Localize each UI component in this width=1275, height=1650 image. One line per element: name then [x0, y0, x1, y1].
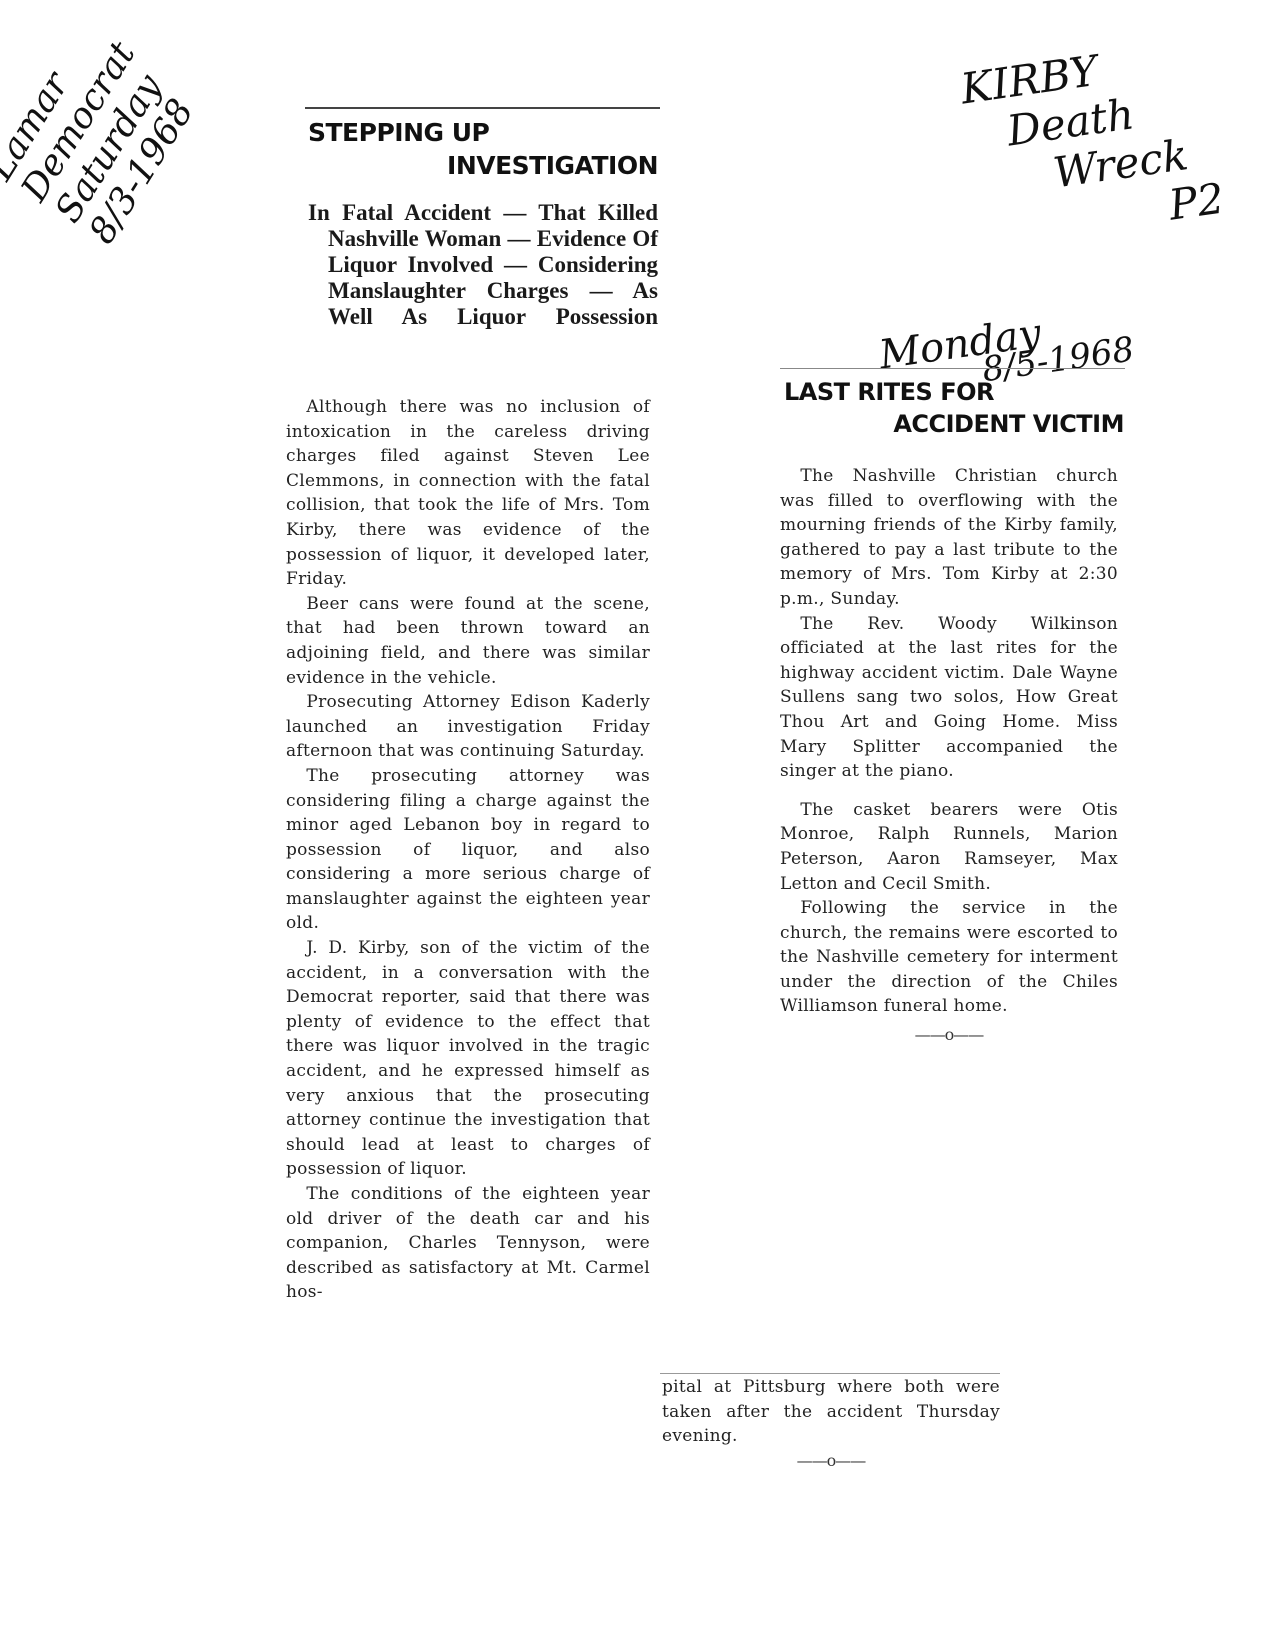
- article-2-body: The Nashville Christian church was fille…: [780, 464, 1118, 1044]
- column-rule: [780, 368, 1125, 369]
- paragraph: The prosecuting attorney was considering…: [286, 764, 650, 936]
- article-1-body: Although there was no inclusion of intox…: [286, 395, 650, 1305]
- paragraph: The conditions of the eighteen year old …: [286, 1182, 650, 1305]
- article-last-rites: LAST RITES FOR ACCIDENT VICTIM: [784, 378, 1124, 438]
- paragraph: Prosecuting Attorney Edison Kaderly laun…: [286, 690, 650, 764]
- ornament-divider: ——o——: [662, 1451, 1000, 1470]
- paragraph: The Nashville Christian church was fille…: [780, 464, 1118, 612]
- article-stepping-up: STEPPING UP INVESTIGATION In Fatal Accid…: [308, 118, 658, 330]
- paragraph: The casket bearers were Otis Monroe, Ral…: [780, 798, 1118, 896]
- headline-line-1: STEPPING UP: [308, 118, 658, 147]
- subheadline: In Fatal Accident — That Killed Nashvill…: [308, 200, 658, 330]
- paragraph: Beer cans were found at the scene, that …: [286, 592, 650, 690]
- column-rule: [660, 1373, 1000, 1374]
- paragraph: pital at Pittsburg where both were taken…: [662, 1375, 1000, 1449]
- paragraph: Following the service in the church, the…: [780, 896, 1118, 1019]
- column-rule: [305, 107, 660, 109]
- handwritten-source-note: Lamar Democrat Saturday 8/3-1968: [0, 15, 213, 252]
- handwritten-topic-note: KIRBY Death Wreck P2: [958, 32, 1227, 256]
- paragraph: J. D. Kirby, son of the victim of the ac…: [286, 936, 650, 1182]
- headline-line-2: INVESTIGATION: [308, 151, 658, 180]
- headline-line-2: ACCIDENT VICTIM: [784, 410, 1124, 438]
- article-1-continuation: pital at Pittsburg where both were taken…: [662, 1375, 1000, 1470]
- headline-line-1: LAST RITES FOR: [784, 378, 1124, 406]
- paragraph: The Rev. Woody Wilkinson officiated at t…: [780, 612, 1118, 784]
- paragraph: Although there was no inclusion of intox…: [286, 395, 650, 592]
- ornament-divider: ——o——: [780, 1025, 1118, 1044]
